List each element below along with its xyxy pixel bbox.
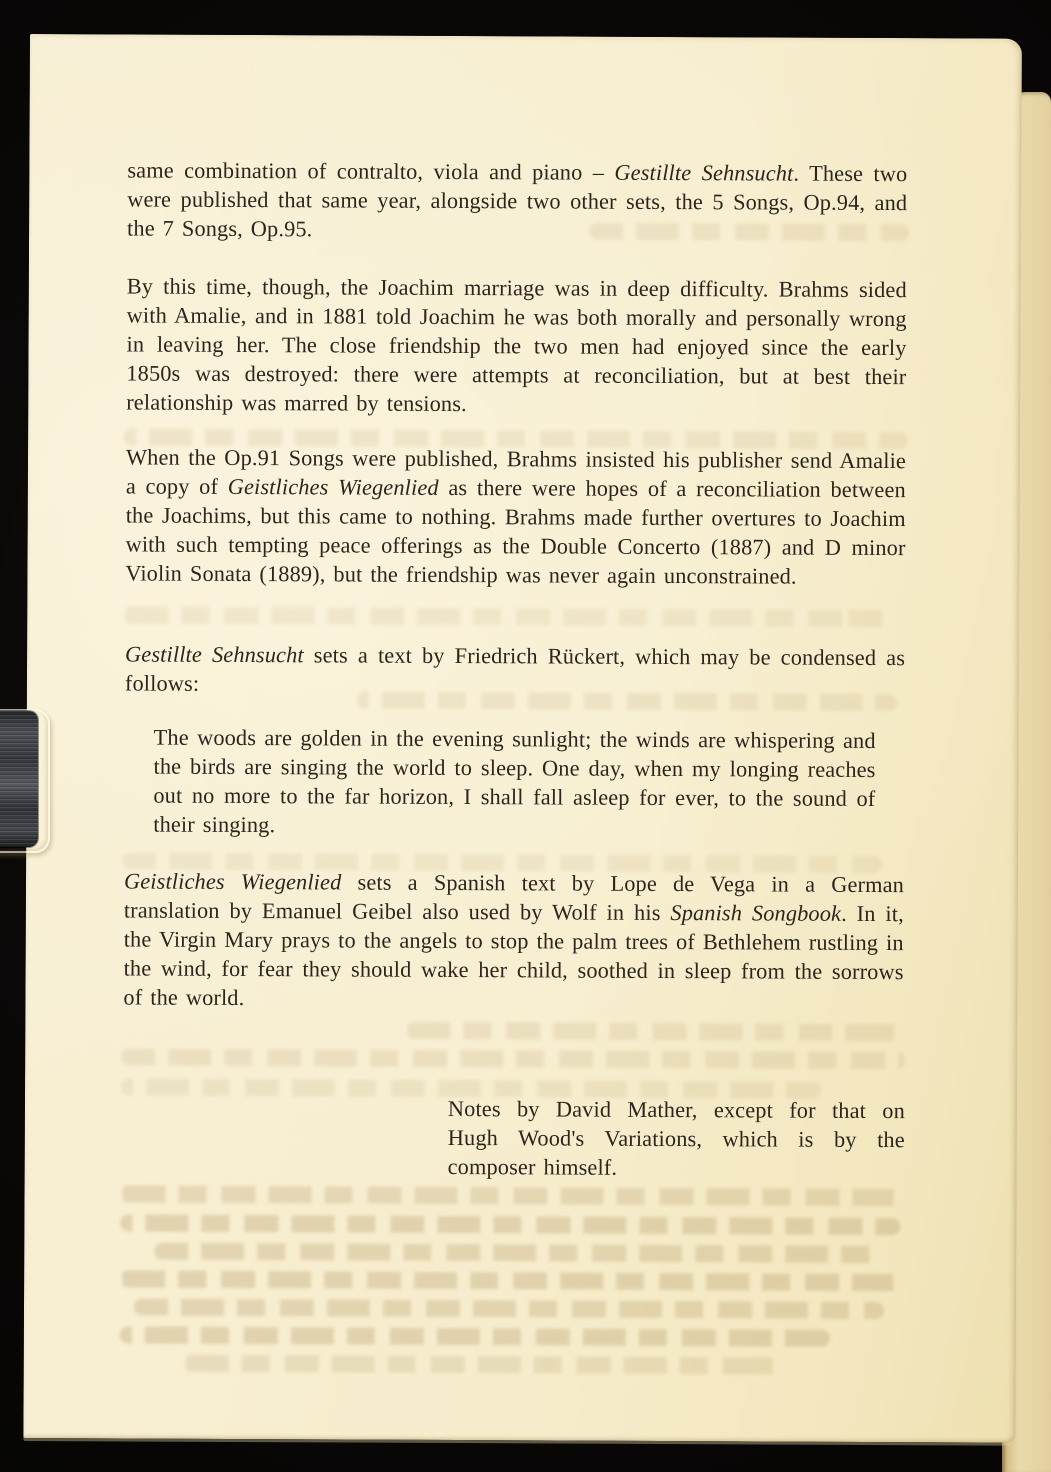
paragraph-geistliches-wiegenlied: Geistliches Wiegenlied sets a Spanish te… (123, 866, 904, 1015)
ghost-text-line (123, 606, 893, 627)
ghost-text-line (120, 1214, 900, 1235)
ghost-text-line (154, 1243, 884, 1263)
paragraph-joachim-marriage: By this time, though, the Joachim marria… (126, 271, 907, 420)
ghost-text-line (184, 1355, 784, 1375)
ghost-text-line (120, 1270, 904, 1291)
notes-line: Hugh Wood's Variations, which is by the (448, 1123, 905, 1154)
metal-page-clip (0, 711, 38, 847)
ghost-text-line (405, 1022, 905, 1041)
paragraph-op94-op95-publication: same combination of contralto, viola and… (127, 155, 907, 246)
programme-page: same combination of contralto, viola and… (23, 34, 1022, 1443)
book-photo: same combination of contralto, viola and… (0, 0, 1051, 1472)
notes-line: composer himself. (448, 1152, 905, 1183)
paragraph-op91-reconciliation: When the Op.91 Songs were published, Bra… (125, 442, 906, 591)
paragraph-gestillte-sehnsucht-intro: Gestillte Sehnsucht sets a text by Fried… (125, 639, 905, 701)
notes-attribution: Notes by David Mather, except for that o… (448, 1094, 905, 1183)
ghost-text-line (134, 1299, 884, 1320)
quote-rueckert-text-summary: The woods are golden in the evening sunl… (153, 723, 876, 842)
ghost-text-line (120, 1185, 904, 1206)
ghost-text-line (121, 1048, 905, 1069)
ghost-text-line (120, 1326, 830, 1346)
notes-line: Notes by David Mather, except for that o… (448, 1094, 905, 1125)
